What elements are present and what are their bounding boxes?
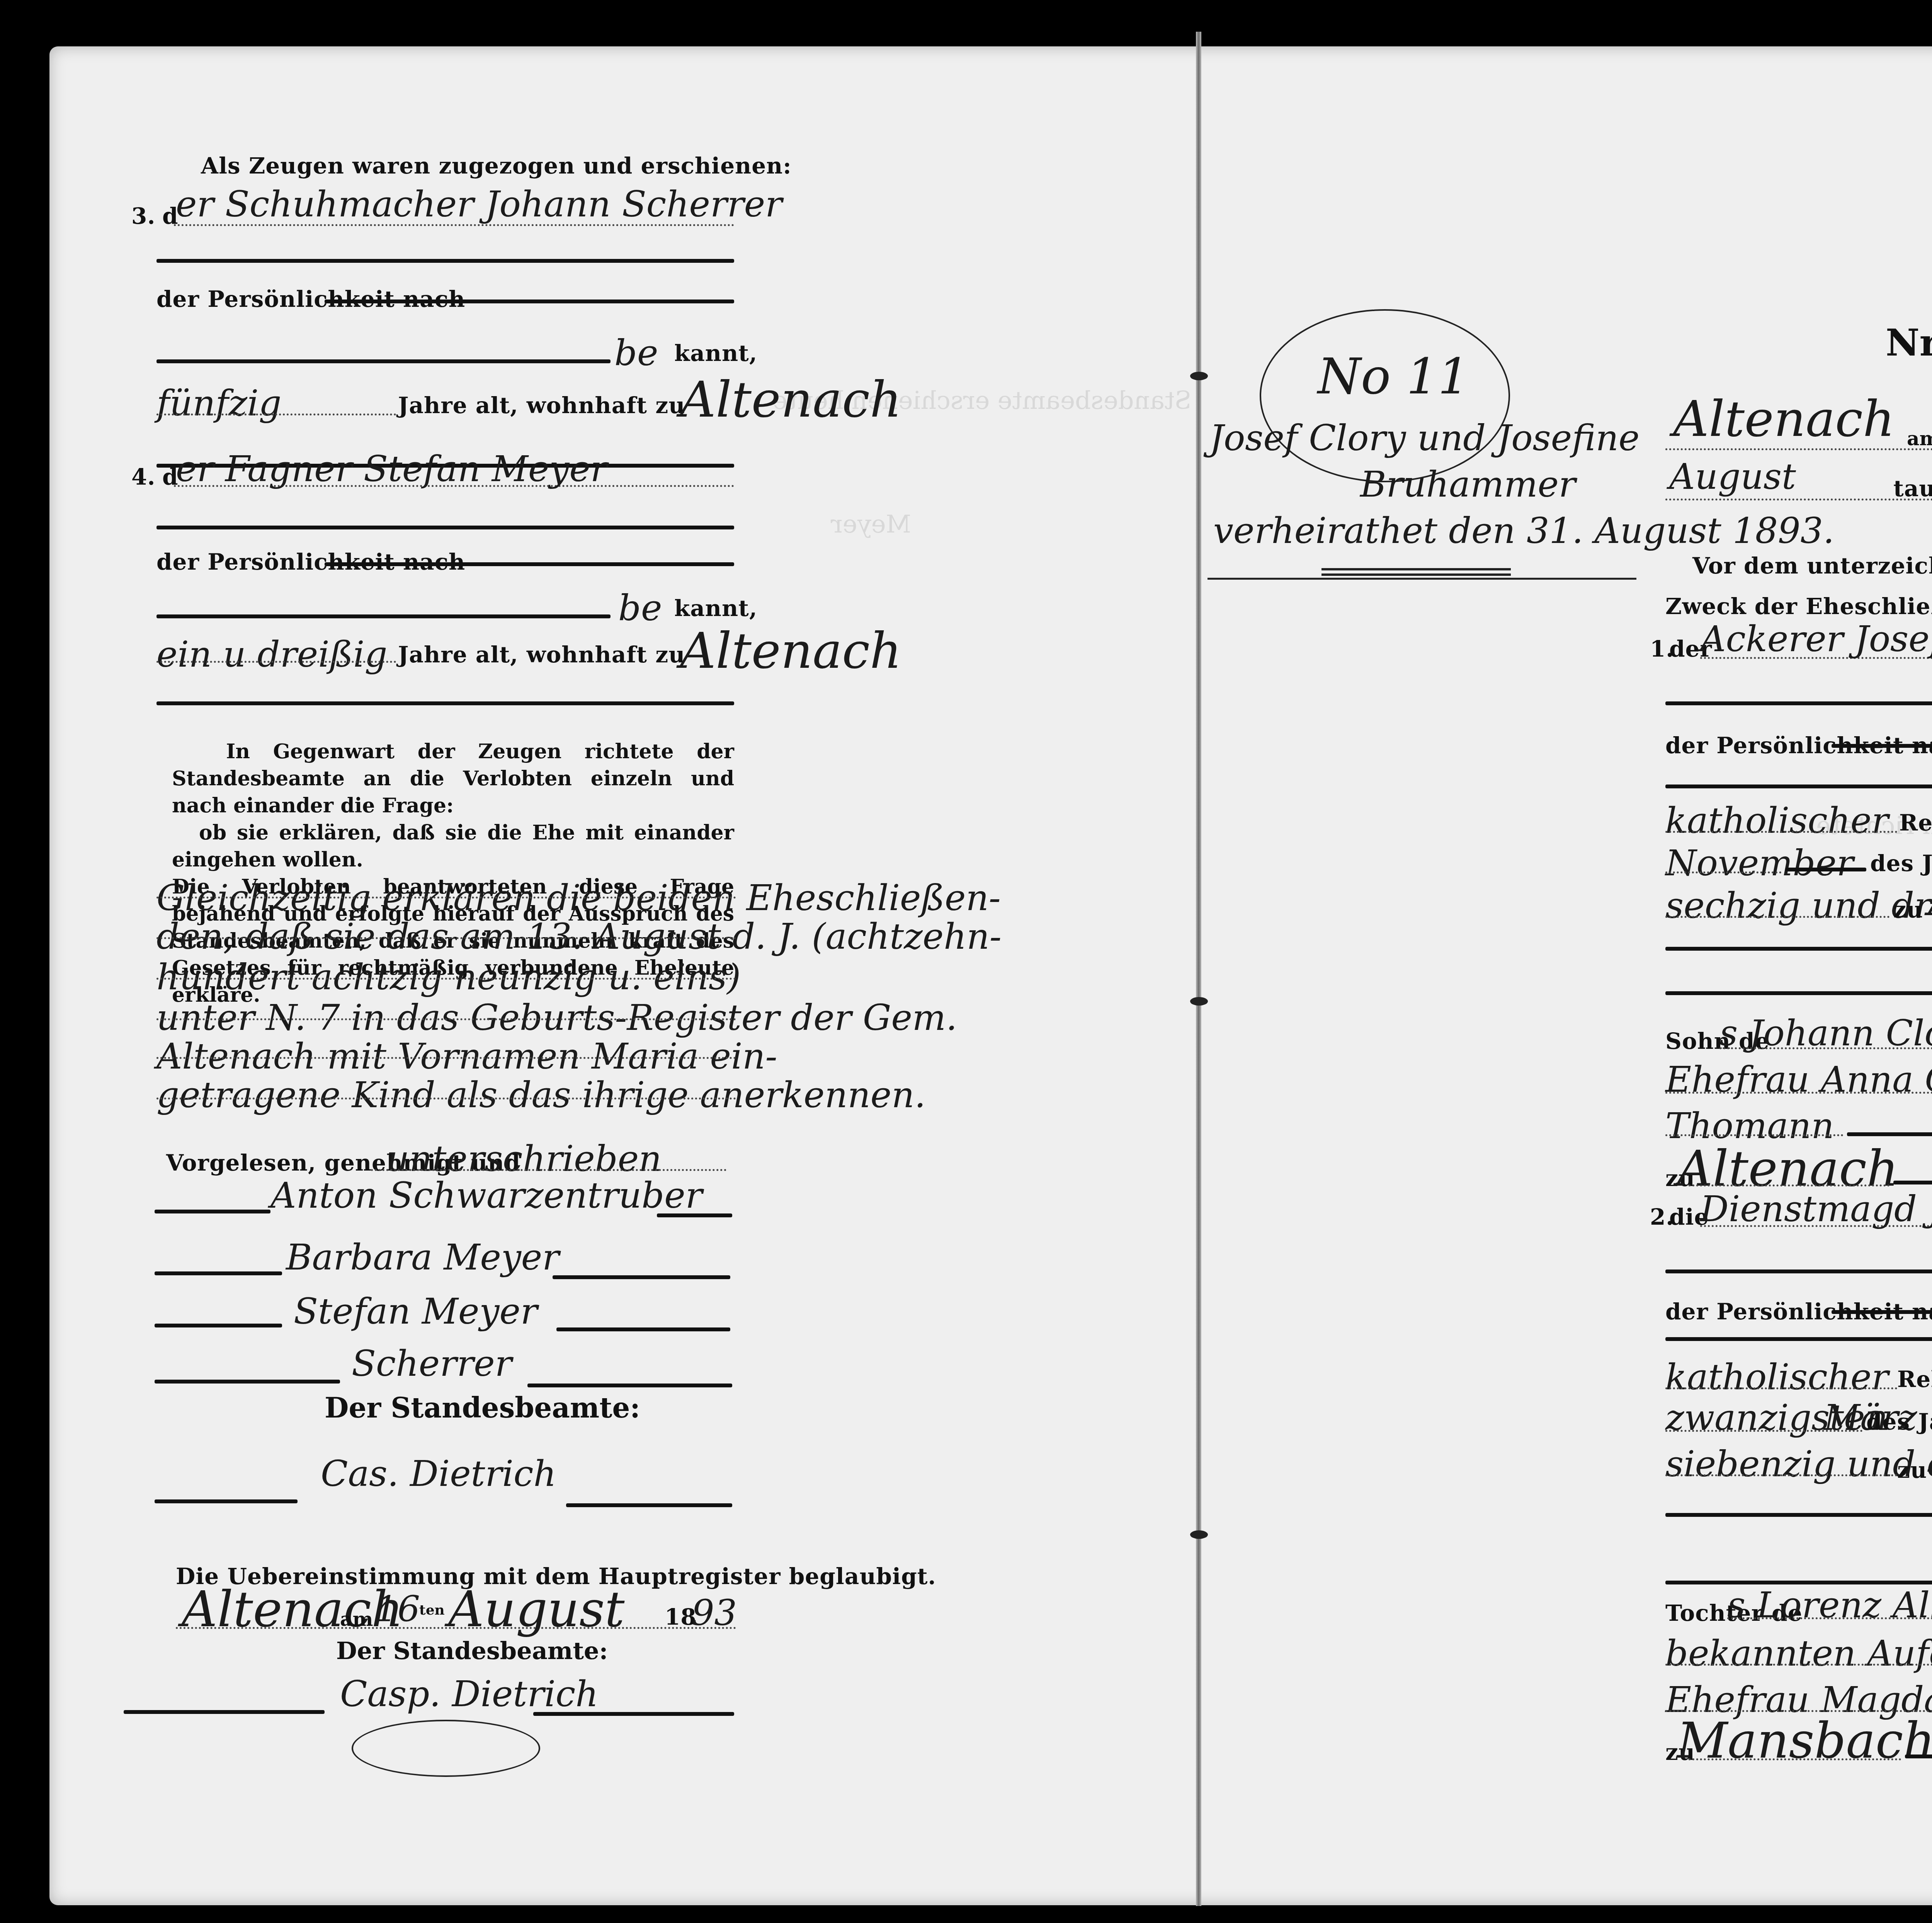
dotted-line [1665,448,1932,450]
bride-year-label: des Jahres tausend acht hundert [1866,1409,1932,1435]
witness-heading: Als Zeugen waren zugezogen und erschiene… [201,153,792,179]
bride-parents-line2: bekannten Aufenthaltsort, u. dessen vers… [1665,1633,1932,1674]
certification-am-label: am [340,1608,373,1630]
binding-stitch [1190,372,1208,380]
groom-religion: katholischer [1665,800,1888,841]
witness4-number: 4. [131,464,156,490]
dotted-line [1665,1134,1843,1136]
groom-entry: Ackerer Josef Clory [1700,618,1932,660]
certification-registrar-signature: Casp. Dietrich [340,1673,599,1715]
rule [155,1380,340,1384]
witness4-entry: er Fagner Stefan Meyer [176,448,607,490]
witness3-known-label: kannt, [674,340,757,366]
groom-birth-month: November [1665,842,1854,884]
bride-birth-place-label: zu [1897,1457,1927,1483]
entry-number-label: Nr. [1886,321,1932,364]
witness3-residence: Altenach [680,371,901,429]
purpose-text: Zweck der Eheschließung: [1665,593,1932,619]
rule [155,1324,282,1327]
dotted-line [156,1057,736,1059]
rule [1893,1181,1932,1184]
dotted-line [1689,1758,1901,1760]
witness4-identity-label: der Persönlichkeit nach [156,549,465,575]
rule [1785,868,1866,871]
groom-parents-line2: Ehefrau Anna Clory geborene [1665,1059,1932,1100]
witness3-entry: er Schuhmacher Johann Scherrer [176,184,782,225]
dotted-line [1665,1092,1932,1094]
signature-stefan-meyer: Stefan Meyer [294,1291,537,1332]
dotted-line [1665,499,1932,500]
bride-religion: katholischer [1665,1356,1888,1398]
dotted-line [156,1098,736,1099]
note-line: hundert achtzig neunzig u. eins) [156,956,741,998]
dotted-line [1665,871,1781,873]
rule [325,300,734,303]
ceremony-line2: ob sie erklären, daß sie die Ehe mit ein… [172,819,734,873]
note-line: den, daß sie das am 13. August d. J. (ac… [156,916,1002,957]
rule [156,614,611,618]
bride-entry: Dienstmagd Josefine Bruhammer [1700,1188,1932,1230]
rule [527,1384,732,1387]
binding-stitch [1190,997,1208,1006]
witness4-age-label: Jahre alt, wohnhaft zu [398,642,685,668]
place: Altenach [1673,390,1895,448]
rule [1665,991,1932,995]
rule [325,562,734,566]
rule [1665,947,1932,951]
rule [124,1710,325,1714]
binding-stitch [1190,1530,1208,1539]
signature-anton-schwarzentruber: Anton Schwarzentruber [270,1175,702,1216]
dotted-line [1689,1184,1889,1186]
rule [155,1271,282,1275]
ceremony-line1: In Gegenwart der Zeugen richtete der Sta… [172,738,734,819]
margin-note-names: Josef Clory und Josefine [1209,417,1639,459]
dotted-line [1719,1047,1932,1049]
dotted-line [1665,1664,1932,1666]
margin-note-surname: Bruhammer [1360,464,1576,505]
margin-note-number: No 11 [1318,348,1469,405]
rule [556,1327,730,1331]
intro-text: Vor dem unterzeichneten Standesbeamten e… [1692,553,1932,579]
dotted-line [1665,1430,1862,1432]
witness4-residence: Altenach [680,622,901,680]
bleed-through-text: Meyer [831,510,911,539]
certification-ten-label: ten [419,1602,445,1618]
rule [156,259,734,263]
witness3-identity-label: der Persönlichkeit nach [156,286,465,312]
witness4-age: ein u dreißig [156,634,387,675]
dotted-line [1665,1387,1897,1389]
registrar-heading: Der Standesbeamte: [325,1391,640,1424]
certification-registrar-heading: Der Standesbeamte: [336,1637,608,1665]
dotted-line [156,897,736,899]
rule [566,1503,732,1507]
rule [533,1712,734,1716]
bride-parents-line1: s Lorenz Alb. Bruhammer, Ackerer ohne [1727,1584,1932,1626]
groom-religion-label: Religion, geboren den [1899,810,1932,836]
rule [1847,1132,1932,1136]
groom-birth-place-label: zu [1893,897,1923,923]
rule [1665,1581,1932,1584]
rule [1832,744,1932,748]
rule [553,1275,730,1279]
bride-parents-residence: Mansbach [1677,1712,1932,1770]
bride-birth-year: siebenzig und eins [1665,1443,1932,1485]
rule [1665,1337,1932,1341]
signature-flourish [352,1720,540,1777]
dotted-line [156,414,396,415]
certification-day: 16 [375,1588,420,1630]
dotted-line [1665,916,1889,918]
witness4-known-label: kannt, [674,595,757,621]
am-label: am [1907,427,1932,450]
rule [156,359,611,363]
registrar-signature: Cas. Dietrich [321,1453,556,1494]
rule [1665,1270,1932,1273]
note-line: Altenach mit Vornamen Maria ein- [156,1036,777,1077]
groom-year-label: des Jahres tausend acht hundert [1870,850,1932,876]
signature-scherrer: Scherrer [352,1343,512,1384]
center-fold [1196,32,1201,1906]
bride-birth-place: Mansbach [1928,1426,1932,1484]
dotted-line [1665,831,1897,833]
month: August [1669,456,1796,497]
certification-month: August [448,1581,624,1638]
note-line: getragene Kind als das ihrige anerkennen… [156,1074,926,1116]
rule [156,526,734,529]
dotted-line [156,937,736,939]
dotted-line [1665,1474,1897,1476]
witness3-age: fünfzig [156,383,281,424]
dotted-line [371,1169,726,1171]
bride-religion-label: Religion, geboren den [1897,1366,1932,1392]
witness3-number: 3. [131,203,156,229]
rule [155,1210,270,1213]
rule [1905,1755,1932,1758]
witness4-known-prefix: be [618,587,662,629]
witness3-known-prefix: be [614,332,658,374]
witness3-age-label: Jahre alt, wohnhaft zu [398,392,685,419]
rule [1665,1513,1932,1517]
dotted-line [156,661,396,663]
certification-year-suffix: 93 [692,1592,737,1634]
read-approved-value: unterschrieben [386,1138,662,1179]
year-label: tausend acht hundert [1893,475,1932,502]
note-line: unter N. 7 in das Geburts-Register der G… [156,997,957,1038]
rule [1207,578,1636,580]
dotted-line [1727,1617,1932,1619]
dotted-line [156,978,736,980]
rule [155,1499,298,1503]
margin-note-married: verheirathet den 31. August 1893. [1213,510,1834,551]
signature-barbara-meyer: Barbara Meyer [286,1237,559,1278]
groom-birth-place: Altenach [1928,870,1932,927]
groom-birth-year: sechzig und drei [1665,885,1932,926]
rule [1665,701,1932,705]
double-rule [1321,568,1511,576]
rule [1665,785,1932,788]
dotted-line [156,1018,736,1020]
rule [657,1213,732,1217]
rule [156,701,734,705]
rule [1832,1310,1932,1314]
